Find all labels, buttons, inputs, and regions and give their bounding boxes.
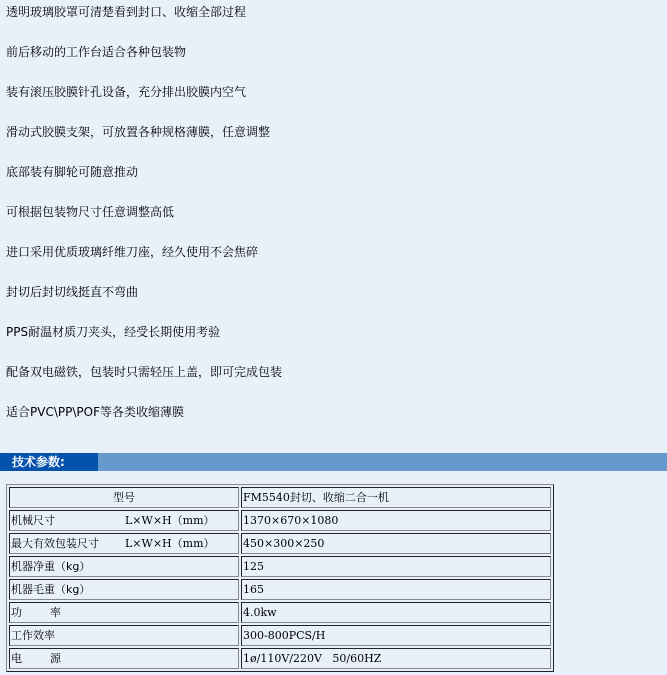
spec-unit: L×W×H（mm） — [125, 537, 215, 550]
spec-header-value: FM5540封切、收缩二合一机 — [241, 487, 551, 508]
table-row: 功 率 4.0kw — [9, 602, 551, 623]
spec-value: 450×300×250 — [241, 533, 551, 554]
spec-value: 300-800PCS/H — [241, 625, 551, 646]
spec-value: 165 — [241, 579, 551, 600]
section-title: 技术参数: — [0, 453, 98, 471]
spec-name: 电 源 — [11, 649, 125, 668]
spec-name: 机器毛重（kg） — [11, 580, 125, 599]
spec-name: 工作效率 — [11, 626, 125, 645]
feature-item: 可根据包装物尺寸任意调整高低 — [6, 203, 282, 243]
table-row: 工作效率 300-800PCS/H — [9, 625, 551, 646]
spec-label: 功 率 — [9, 602, 239, 623]
feature-item: PPS耐温材质刀夹头，经受长期使用考验 — [6, 323, 282, 363]
spec-name: 功 率 — [11, 603, 125, 622]
spec-label: 机器毛重（kg） — [9, 579, 239, 600]
spec-value: 4.0kw — [241, 602, 551, 623]
spec-name: 机器净重（kg） — [11, 557, 125, 576]
feature-item: 透明玻璃胶罩可清楚看到封口、收缩全部过程 — [6, 3, 282, 43]
spec-name: 机械尺寸 — [11, 511, 125, 530]
table-row: 最大有效包装尺寸L×W×H（mm） 450×300×250 — [9, 533, 551, 554]
table-row: 机器毛重（kg） 165 — [9, 579, 551, 600]
section-header-bar: 技术参数: — [0, 453, 667, 471]
feature-item: 前后移动的工作台适合各种包装物 — [6, 43, 282, 83]
feature-item: 封切后封切线挺直不弯曲 — [6, 283, 282, 323]
feature-item: 底部装有脚轮可随意推动 — [6, 163, 282, 203]
feature-item: 滑动式胶膜支架，可放置各种规格薄膜，任意调整 — [6, 123, 282, 163]
spec-value: 125 — [241, 556, 551, 577]
spec-label: 机器净重（kg） — [9, 556, 239, 577]
feature-item: 进口采用优质玻璃纤维刀座，经久使用不会焦碎 — [6, 243, 282, 283]
spec-name: 最大有效包装尺寸 — [11, 534, 125, 553]
spec-unit: L×W×H（mm） — [125, 514, 215, 527]
spec-label: 工作效率 — [9, 625, 239, 646]
spec-label: 机械尺寸L×W×H（mm） — [9, 510, 239, 531]
feature-item: 配备双电磁铁，包装时只需轻压上盖，即可完成包装 — [6, 363, 282, 403]
feature-list: 透明玻璃胶罩可清楚看到封口、收缩全部过程 前后移动的工作台适合各种包装物 装有滚… — [6, 3, 282, 443]
spec-value: 1370×670×1080 — [241, 510, 551, 531]
table-row: 机器净重（kg） 125 — [9, 556, 551, 577]
table-row: 电 源 1ø/110V/220V 50/60HZ — [9, 648, 551, 669]
spec-label: 最大有效包装尺寸L×W×H（mm） — [9, 533, 239, 554]
feature-item: 装有滚压胶膜针孔设备，充分排出胶膜内空气 — [6, 83, 282, 123]
spec-header-label: 型号 — [9, 487, 239, 508]
spec-label: 电 源 — [9, 648, 239, 669]
spec-value: 1ø/110V/220V 50/60HZ — [241, 648, 551, 669]
spec-table: 型号 FM5540封切、收缩二合一机 机械尺寸L×W×H（mm） 1370×67… — [6, 484, 554, 672]
spec-header-row: 型号 FM5540封切、收缩二合一机 — [9, 487, 551, 508]
feature-item: 适合PVC\PP\POF等各类收缩薄膜 — [6, 403, 282, 443]
table-row: 机械尺寸L×W×H（mm） 1370×670×1080 — [9, 510, 551, 531]
